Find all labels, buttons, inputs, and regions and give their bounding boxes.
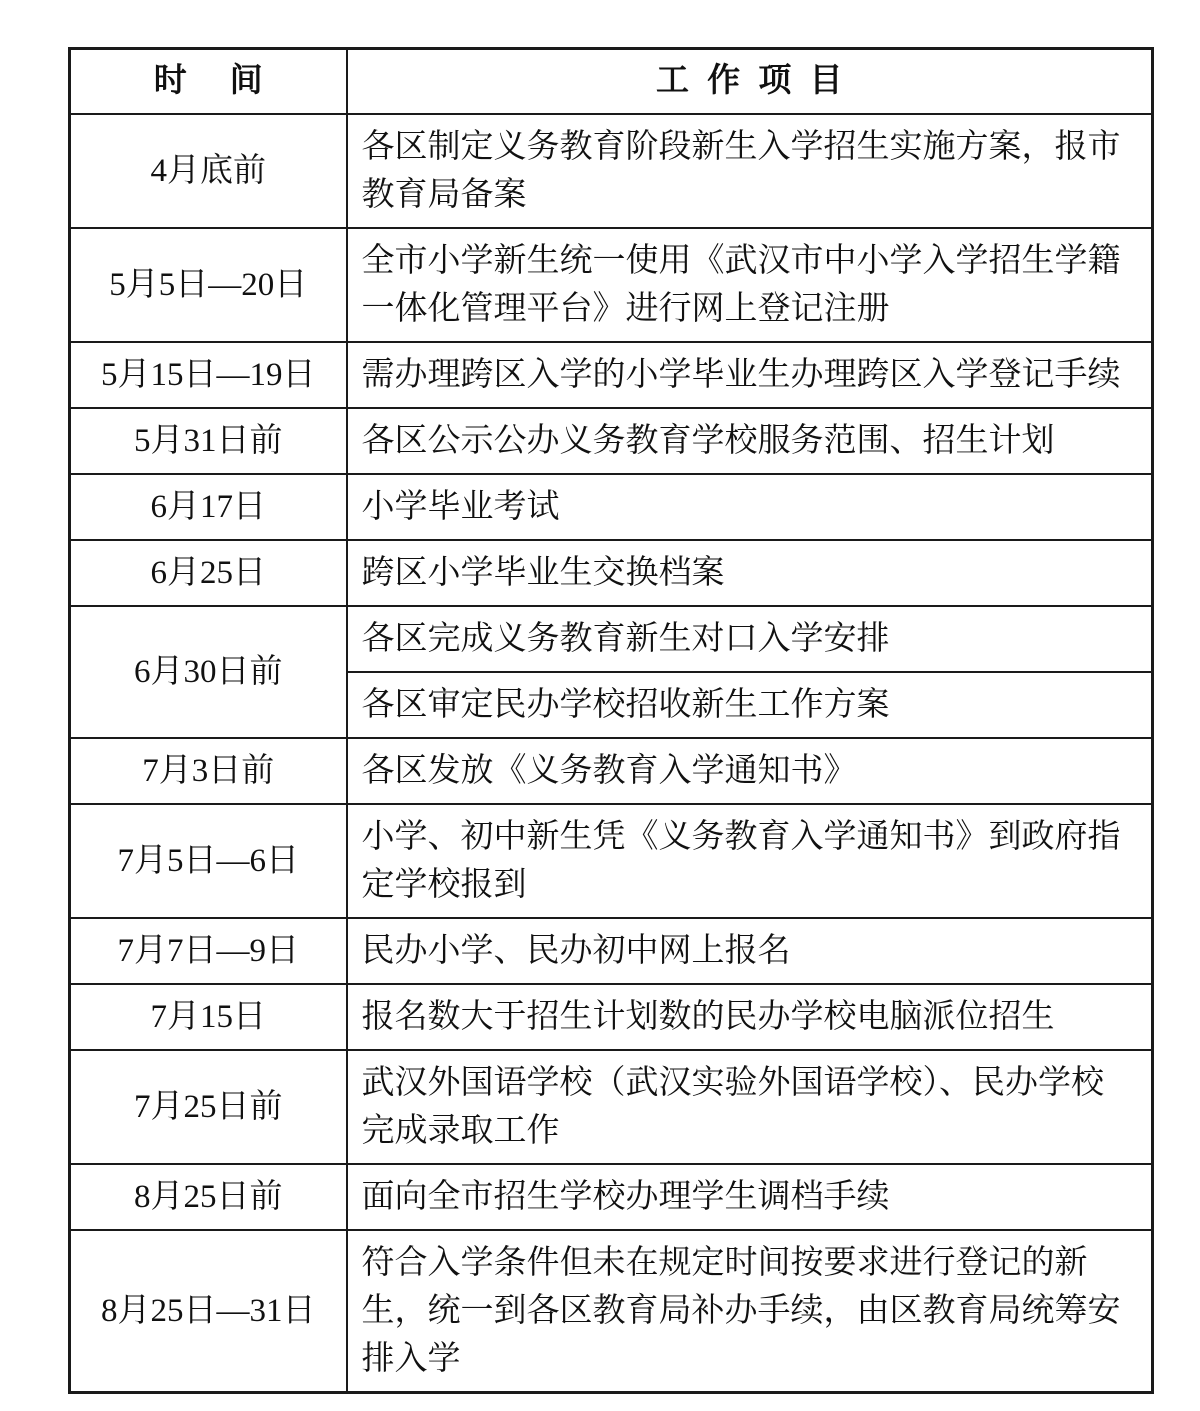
- time-cell: 8月25日—31日: [70, 1230, 347, 1393]
- work-item-cell: 小学毕业考试: [347, 474, 1153, 540]
- work-item-cell: 全市小学新生统一使用《武汉市中小学入学招生学籍一体化管理平台》进行网上登记注册: [347, 228, 1153, 342]
- table-row: 7月5日—6日小学、初中新生凭《义务教育入学通知书》到政府指定学校报到: [70, 804, 1153, 918]
- time-cell: 5月15日—19日: [70, 342, 347, 408]
- time-cell: 6月17日: [70, 474, 347, 540]
- time-cell: 8月25日前: [70, 1164, 347, 1230]
- time-cell: 7月25日前: [70, 1050, 347, 1164]
- time-cell: 6月30日前: [70, 606, 347, 738]
- time-cell: 4月底前: [70, 114, 347, 228]
- table-row: 6月17日小学毕业考试: [70, 474, 1153, 540]
- time-cell: 7月5日—6日: [70, 804, 347, 918]
- table-body: 4月底前各区制定义务教育阶段新生入学招生实施方案，报市教育局备案5月5日—20日…: [70, 114, 1153, 1393]
- work-item-cell: 各区完成义务教育新生对口入学安排: [347, 606, 1153, 672]
- time-cell: 7月15日: [70, 984, 347, 1050]
- table-row: 7月25日前武汉外国语学校（武汉实验外国语学校）、民办学校完成录取工作: [70, 1050, 1153, 1164]
- work-item-cell: 民办小学、民办初中网上报名: [347, 918, 1153, 984]
- work-item-cell: 各区公示公办义务教育学校服务范围、招生计划: [347, 408, 1153, 474]
- work-item-cell: 武汉外国语学校（武汉实验外国语学校）、民办学校完成录取工作: [347, 1050, 1153, 1164]
- table-row: 6月25日跨区小学毕业生交换档案: [70, 540, 1153, 606]
- table-row: 8月25日前面向全市招生学校办理学生调档手续: [70, 1164, 1153, 1230]
- header-row: 时间 工作项目: [70, 49, 1153, 114]
- time-cell: 7月3日前: [70, 738, 347, 804]
- table-row: 5月31日前各区公示公办义务教育学校服务范围、招生计划: [70, 408, 1153, 474]
- table-row: 6月30日前各区完成义务教育新生对口入学安排: [70, 606, 1153, 672]
- work-item-cell: 符合入学条件但未在规定时间按要求进行登记的新生，统一到各区教育局补办手续，由区教…: [347, 1230, 1153, 1393]
- work-item-cell: 面向全市招生学校办理学生调档手续: [347, 1164, 1153, 1230]
- table-row: 7月7日—9日民办小学、民办初中网上报名: [70, 918, 1153, 984]
- table-row: 7月3日前各区发放《义务教育入学通知书》: [70, 738, 1153, 804]
- work-item-cell: 各区发放《义务教育入学通知书》: [347, 738, 1153, 804]
- work-column-header: 工作项目: [347, 49, 1153, 114]
- work-item-cell: 各区制定义务教育阶段新生入学招生实施方案，报市教育局备案: [347, 114, 1153, 228]
- time-column-header: 时间: [70, 49, 347, 114]
- time-cell: 7月7日—9日: [70, 918, 347, 984]
- work-item-cell: 各区审定民办学校招收新生工作方案: [347, 672, 1153, 738]
- schedule-page: 时间 工作项目 4月底前各区制定义务教育阶段新生入学招生实施方案，报市教育局备案…: [0, 0, 1200, 1411]
- table-row: 5月5日—20日全市小学新生统一使用《武汉市中小学入学招生学籍一体化管理平台》进…: [70, 228, 1153, 342]
- work-item-cell: 小学、初中新生凭《义务教育入学通知书》到政府指定学校报到: [347, 804, 1153, 918]
- work-item-cell: 需办理跨区入学的小学毕业生办理跨区入学登记手续: [347, 342, 1153, 408]
- enrollment-schedule-table: 时间 工作项目 4月底前各区制定义务教育阶段新生入学招生实施方案，报市教育局备案…: [68, 47, 1154, 1394]
- table-row: 8月25日—31日符合入学条件但未在规定时间按要求进行登记的新生，统一到各区教育…: [70, 1230, 1153, 1393]
- work-item-cell: 跨区小学毕业生交换档案: [347, 540, 1153, 606]
- table-row: 7月15日报名数大于招生计划数的民办学校电脑派位招生: [70, 984, 1153, 1050]
- time-cell: 6月25日: [70, 540, 347, 606]
- time-cell: 5月5日—20日: [70, 228, 347, 342]
- table-row: 5月15日—19日需办理跨区入学的小学毕业生办理跨区入学登记手续: [70, 342, 1153, 408]
- table-row: 4月底前各区制定义务教育阶段新生入学招生实施方案，报市教育局备案: [70, 114, 1153, 228]
- work-item-cell: 报名数大于招生计划数的民办学校电脑派位招生: [347, 984, 1153, 1050]
- time-cell: 5月31日前: [70, 408, 347, 474]
- work-column-header-label: 工作项目: [656, 63, 861, 99]
- time-column-header-label: 时间: [154, 63, 306, 99]
